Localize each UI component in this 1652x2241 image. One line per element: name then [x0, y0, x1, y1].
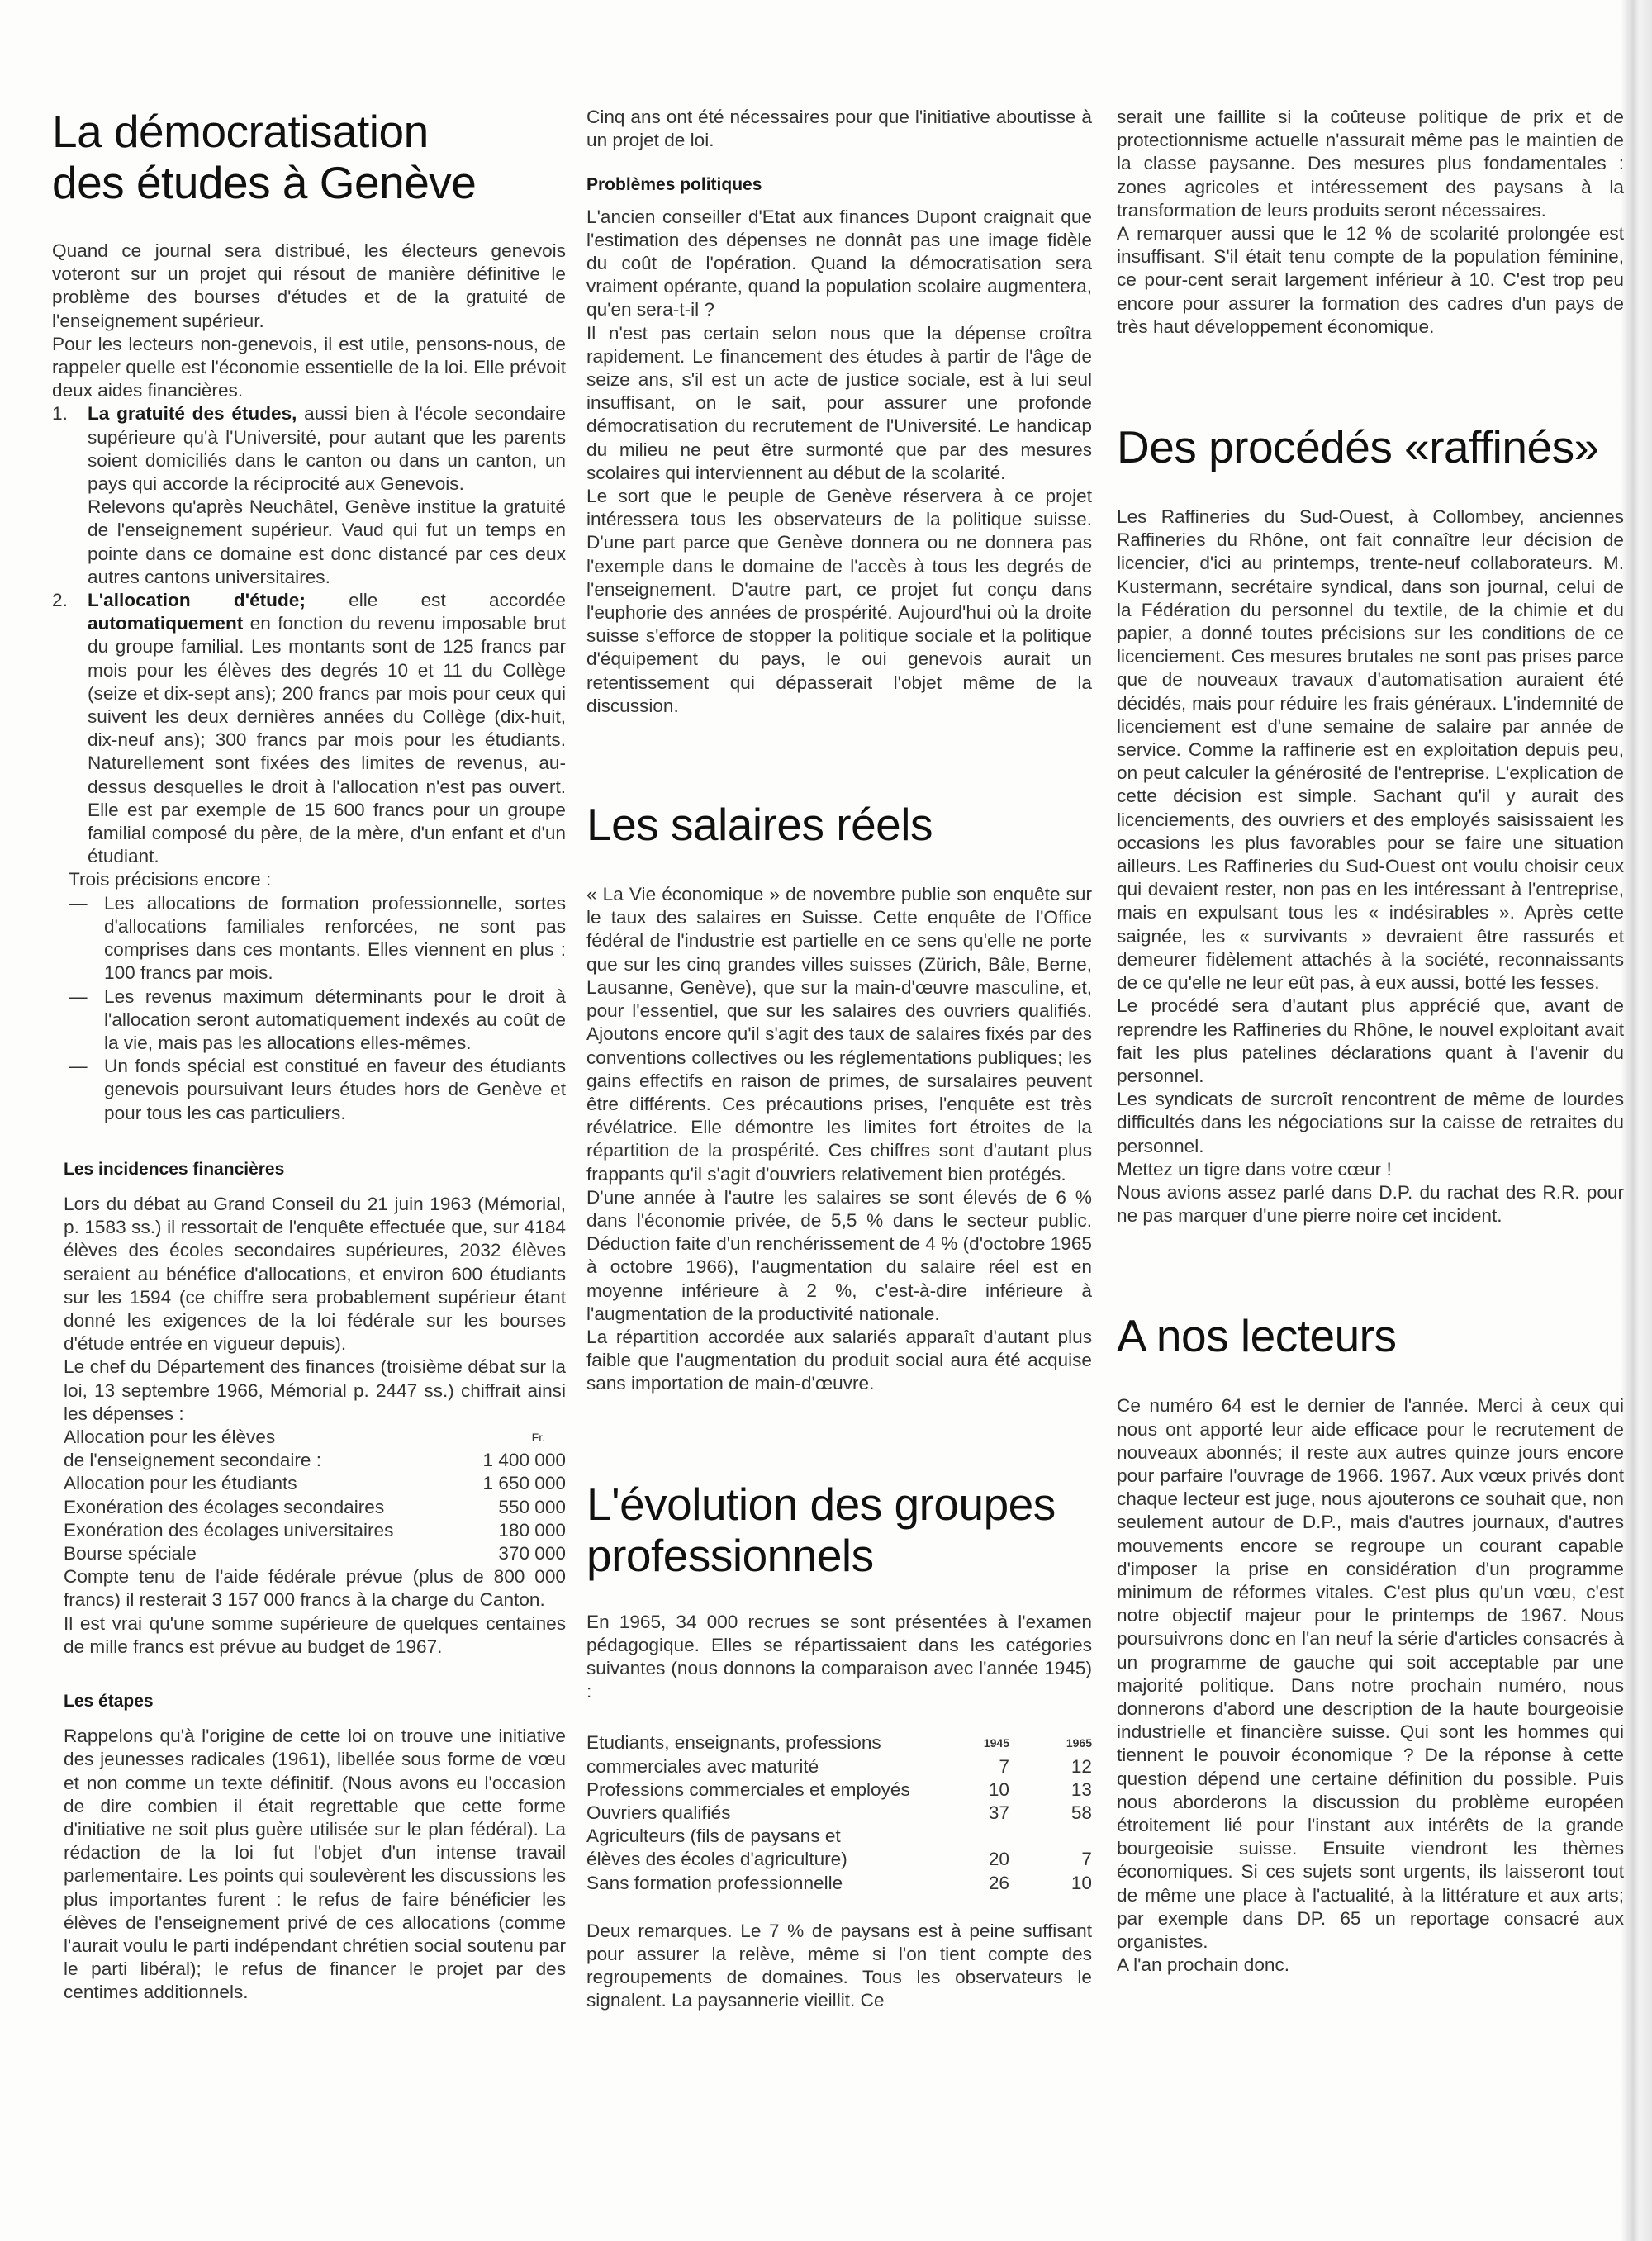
- title-line-1: La démocratisation: [52, 106, 429, 157]
- expense-amount: 370 000: [465, 1542, 566, 1565]
- page-edge-shadow: [1621, 0, 1652, 2241]
- table-row: commerciales avec maturité 7 12: [586, 1755, 1092, 1778]
- article-title-groupes: L'évolution des groupes professionnels: [586, 1479, 1092, 1581]
- expense-label: Exonération des écolages universitaires: [64, 1519, 465, 1542]
- paragraph: Le chef du Département des finances (tro…: [64, 1356, 566, 1426]
- paragraph: A l'an prochain donc.: [1117, 1954, 1624, 1977]
- category-label: élèves des écoles d'agriculture): [586, 1848, 952, 1871]
- article-body-salaires: « La Vie économique » de novembre publie…: [586, 883, 1092, 1395]
- expenses-table: Allocation pour les élèves Fr. de l'ense…: [64, 1426, 566, 1565]
- value-1945: 37: [952, 1802, 1034, 1825]
- paragraph: Compte tenu de l'aide fédérale prévue (p…: [64, 1565, 566, 1612]
- list-item-extra: Relevons qu'après Neuchâtel, Genève inst…: [88, 496, 566, 587]
- value-1965: 58: [1034, 1802, 1092, 1825]
- paragraph: Le procédé sera d'autant plus apprécié q…: [1117, 995, 1624, 1088]
- paragraph: Mettez un tigre dans votre cœur !: [1117, 1158, 1624, 1181]
- section-heading: Problèmes politiques: [586, 173, 1092, 197]
- list-item-text: Les revenus maximum déterminants pour le…: [104, 986, 566, 1053]
- bold-lead: L'allocation d'étude;: [88, 590, 306, 610]
- article-body-lecteurs: Ce numéro 64 est le dernier de l'année. …: [1117, 1394, 1624, 1977]
- column-right: serait une faillite si la coûteuse polit…: [1117, 0, 1624, 1977]
- list-item: 2. L'allocation d'étude; elle est accord…: [52, 589, 566, 868]
- paragraph: Ce numéro 64 est le dernier de l'année. …: [1117, 1394, 1624, 1954]
- value-1945: [952, 1825, 1034, 1848]
- category-label: commerciales avec maturité: [586, 1755, 952, 1778]
- value-1945: 7: [952, 1755, 1034, 1778]
- paragraph: A remarquer aussi que le 12 % de scolari…: [1117, 222, 1624, 339]
- paragraph: Lors du débat au Grand Conseil du 21 jui…: [64, 1193, 566, 1356]
- bold-lead: La gratuité des études,: [88, 403, 297, 424]
- title-line-2: professionnels: [586, 1530, 874, 1581]
- expense-label: Bourse spéciale: [64, 1542, 465, 1565]
- paragraph: D'une année à l'autre les salaires se so…: [586, 1186, 1092, 1326]
- list-item-text: Les allocations de formation professionn…: [104, 893, 566, 984]
- expense-label: Allocation pour les élèves: [64, 1426, 465, 1449]
- table-row: Allocation pour les étudiants 1 650 000: [64, 1472, 566, 1495]
- expense-amount: 180 000: [465, 1519, 566, 1542]
- paragraph: Cinq ans ont été nécessaires pour que l'…: [586, 106, 1092, 152]
- column-left: La démocratisation des études à Genève Q…: [52, 0, 566, 2005]
- expense-label: Allocation pour les étudiants: [64, 1472, 465, 1495]
- paragraph: La répartition accordée aux salariés app…: [586, 1326, 1092, 1396]
- paragraph: Rappelons qu'à l'origine de cette loi on…: [64, 1725, 566, 2004]
- paragraph: « La Vie économique » de novembre publie…: [586, 883, 1092, 1186]
- article-title-democratisation: La démocratisation des études à Genève: [52, 106, 566, 208]
- table-row: Agriculteurs (fils de paysans et: [586, 1825, 1092, 1848]
- article-body-raffines: Les Raffineries du Sud-Ouest, à Collombe…: [1117, 506, 1624, 1227]
- dash-marker: —: [69, 985, 88, 1009]
- paragraph: Quand ce journal sera distribué, les éle…: [52, 240, 566, 333]
- title-line-2: des études à Genève: [52, 157, 476, 208]
- list-item: —Un fonds spécial est constitué en faveu…: [69, 1055, 566, 1125]
- value-1945: 26: [952, 1872, 1034, 1895]
- paragraph: Nous avions assez parlé dans D.P. du rac…: [1117, 1181, 1624, 1227]
- paragraph: Les Raffineries du Sud-Ouest, à Collombe…: [1117, 506, 1624, 995]
- table-row: de l'enseignement secondaire : 1 400 000: [64, 1449, 566, 1472]
- paragraph: Pour les lecteurs non-genevois, il est u…: [52, 333, 566, 403]
- expense-label: de l'enseignement secondaire :: [64, 1449, 465, 1472]
- column-middle: Cinq ans ont été nécessaires pour que l'…: [586, 0, 1092, 2013]
- category-label: Etudiants, enseignants, professions: [586, 1731, 952, 1754]
- section-heading: Les étapes: [64, 1690, 566, 1713]
- list-item: —Les revenus maximum déterminants pour l…: [69, 985, 566, 1056]
- paragraph: Le sort que le peuple de Genève réserver…: [586, 485, 1092, 718]
- bold-emphasis: automatiquement: [88, 613, 243, 634]
- paragraph: Il est vrai qu'une somme supérieure de q…: [64, 1612, 566, 1659]
- title-line-1: L'évolution des groupes: [586, 1479, 1056, 1530]
- paragraph: Les syndicats de surcroît rencontrent de…: [1117, 1088, 1624, 1158]
- article-body-groupes: En 1965, 34 000 recrues se sont présenté…: [586, 1611, 1092, 2013]
- table-row: Allocation pour les élèves Fr.: [64, 1426, 566, 1449]
- column-header-1965: 1965: [1034, 1731, 1092, 1754]
- article-title-raffines: Des procédés «raffinés»: [1117, 421, 1624, 472]
- value-1965: 10: [1034, 1872, 1092, 1895]
- article-body-democratisation: Quand ce journal sera distribué, les éle…: [52, 240, 566, 2005]
- list-marker: 2.: [52, 589, 68, 612]
- expense-amount: 1 650 000: [465, 1472, 566, 1495]
- category-label: Ouvriers qualifiés: [586, 1802, 952, 1825]
- dash-marker: —: [69, 892, 88, 915]
- table-row: Etudiants, enseignants, professions 1945…: [586, 1731, 1092, 1754]
- dash-list: —Les allocations de formation profession…: [52, 892, 566, 1125]
- table-row: élèves des écoles d'agriculture) 20 7: [586, 1848, 1092, 1871]
- expense-label: Exonération des écolages secondaires: [64, 1496, 465, 1519]
- list-item-text: en fonction du revenu imposable brut du …: [88, 613, 566, 866]
- value-1965: 12: [1034, 1755, 1092, 1778]
- table-row: Sans formation professionnelle 26 10: [586, 1872, 1092, 1895]
- list-item-text: elle est accordée: [306, 590, 566, 610]
- list-item: —Les allocations de formation profession…: [69, 892, 566, 985]
- category-label: Professions commerciales et employés: [586, 1778, 952, 1802]
- value-1945: 10: [952, 1778, 1034, 1802]
- expense-amount: 1 400 000: [465, 1449, 566, 1472]
- table-row: Ouvriers qualifiés 37 58: [586, 1802, 1092, 1825]
- table-row: Professions commerciales et employés 10 …: [586, 1778, 1092, 1802]
- paragraph: En 1965, 34 000 recrues se sont présenté…: [586, 1611, 1092, 1704]
- column-header-1945: 1945: [952, 1731, 1034, 1754]
- table-row: Exonération des écolages universitaires …: [64, 1519, 566, 1542]
- currency-label: Fr.: [465, 1426, 566, 1449]
- article-body-groupes-cont: serait une faillite si la coûteuse polit…: [1117, 106, 1624, 339]
- value-1965: 13: [1034, 1778, 1092, 1802]
- list-marker: 1.: [52, 402, 68, 425]
- category-label: Agriculteurs (fils de paysans et: [586, 1825, 952, 1848]
- paragraph: Il n'est pas certain selon nous que la d…: [586, 322, 1092, 485]
- table-row: Exonération des écolages secondaires 550…: [64, 1496, 566, 1519]
- professions-table: Etudiants, enseignants, professions 1945…: [586, 1731, 1092, 1894]
- category-label: Sans formation professionnelle: [586, 1872, 952, 1895]
- paragraph: Deux remarques. Le 7 % de paysans est à …: [586, 1920, 1092, 2013]
- article-title-lecteurs: A nos lecteurs: [1117, 1310, 1624, 1361]
- paragraph: serait une faillite si la coûteuse polit…: [1117, 106, 1624, 222]
- dash-marker: —: [69, 1055, 88, 1078]
- list-item-text: Un fonds spécial est constitué en faveur…: [104, 1056, 566, 1123]
- table-row: Bourse spéciale 370 000: [64, 1542, 566, 1565]
- section-heading: Les incidences financières: [64, 1158, 566, 1181]
- numbered-list: 1. La gratuité des études, aussi bien à …: [52, 402, 566, 868]
- article-title-salaires: Les salaires réels: [586, 799, 1092, 850]
- paragraph: Trois précisions encore :: [52, 868, 566, 891]
- list-item: 1. La gratuité des études, aussi bien à …: [52, 402, 566, 589]
- expense-amount: 550 000: [465, 1496, 566, 1519]
- value-1965: 7: [1034, 1848, 1092, 1871]
- paragraph: L'ancien conseiller d'Etat aux finances …: [586, 206, 1092, 322]
- value-1965: [1034, 1825, 1092, 1848]
- article-body-democratisation-cont: Cinq ans ont été nécessaires pour que l'…: [586, 106, 1092, 718]
- value-1945: 20: [952, 1848, 1034, 1871]
